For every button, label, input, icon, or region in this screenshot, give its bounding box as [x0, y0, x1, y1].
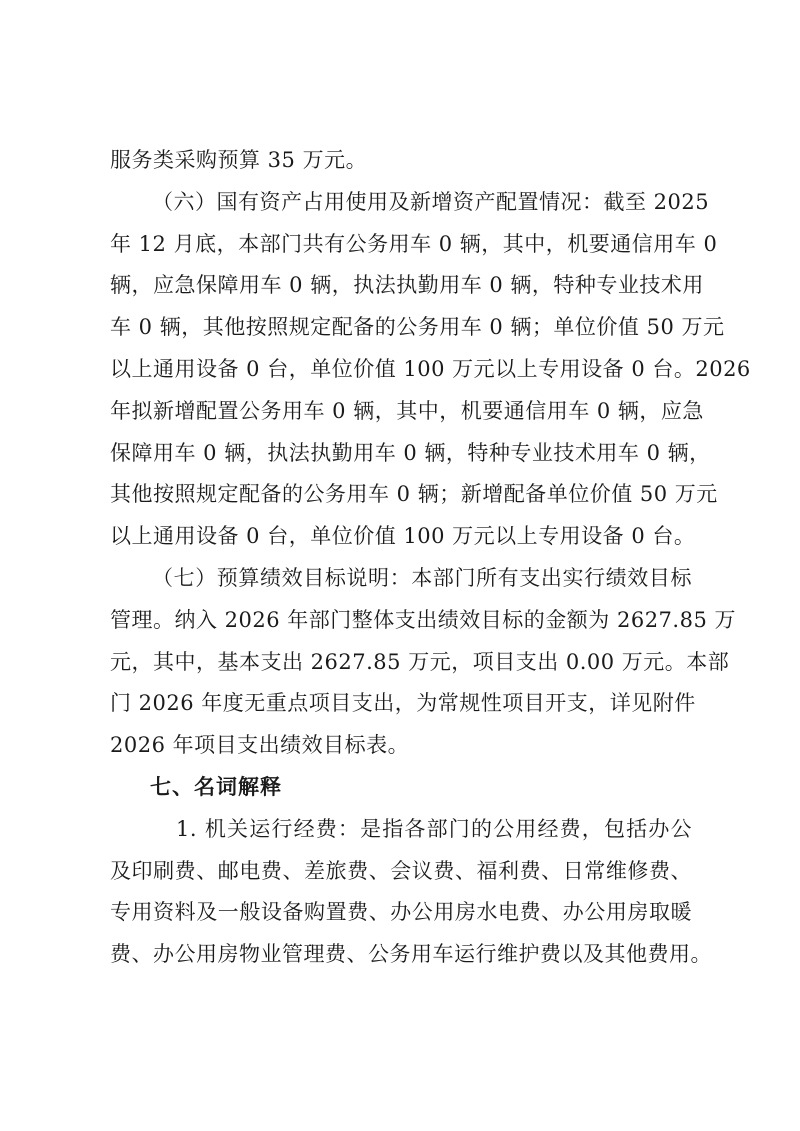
- paragraph-line: 车 0 辆，其他按照规定配备的公务用车 0 辆；单位价值 50 万元: [110, 313, 692, 341]
- section-7-paragraph-start: （七）预算绩效目标说明：本部门所有支出实行绩效目标: [152, 564, 692, 592]
- paragraph-line: 服务类采购预算 35 万元。: [110, 146, 692, 174]
- paragraph-line: 及印刷费、邮电费、差旅费、会议费、福利费、日常维修费、: [110, 857, 692, 885]
- paragraph-line: 其他按照规定配备的公务用车 0 辆；新增配备单位价值 50 万元: [110, 480, 692, 508]
- section-6-paragraph-start: （六）国有资产占用使用及新增资产配置情况：截至 2025: [152, 188, 692, 216]
- paragraph-line: 元，其中，基本支出 2627.85 万元，项目支出 0.00 万元。本部: [110, 648, 692, 676]
- paragraph-line: 门 2026 年度无重点项目支出，为常规性项目开支，详见附件: [110, 689, 692, 717]
- paragraph-line: 以上通用设备 0 台，单位价值 100 万元以上专用设备 0 台。2026: [110, 355, 692, 383]
- paragraph-line: 费、办公用房物业管理费、公务用车运行维护费以及其他费用。: [110, 940, 692, 968]
- section-heading-glossary: 七、名词解释: [150, 773, 282, 801]
- paragraph-line: 年 12 月底，本部门共有公务用车 0 辆，其中，机要通信用车 0: [110, 230, 692, 258]
- paragraph-line: 2026 年项目支出绩效目标表。: [110, 731, 692, 759]
- paragraph-line: 管理。纳入 2026 年部门整体支出绩效目标的金额为 2627.85 万: [110, 606, 692, 634]
- paragraph-line: 保障用车 0 辆，执法执勤用车 0 辆，特种专业技术用车 0 辆，: [110, 439, 692, 467]
- paragraph-line: 专用资料及一般设备购置费、办公用房水电费、办公用房取暖: [110, 898, 692, 926]
- glossary-item-1-start: 1. 机关运行经费：是指各部门的公用经费，包括办公: [176, 815, 692, 843]
- paragraph-line: 年拟新增配置公务用车 0 辆，其中，机要通信用车 0 辆，应急: [110, 397, 692, 425]
- paragraph-line: 以上通用设备 0 台，单位价值 100 万元以上专用设备 0 台。: [110, 522, 692, 550]
- paragraph-line: 辆，应急保障用车 0 辆，执法执勤用车 0 辆，特种专业技术用: [110, 271, 692, 299]
- document-page: 服务类采购预算 35 万元。 （六）国有资产占用使用及新增资产配置情况：截至 2…: [0, 0, 800, 1131]
